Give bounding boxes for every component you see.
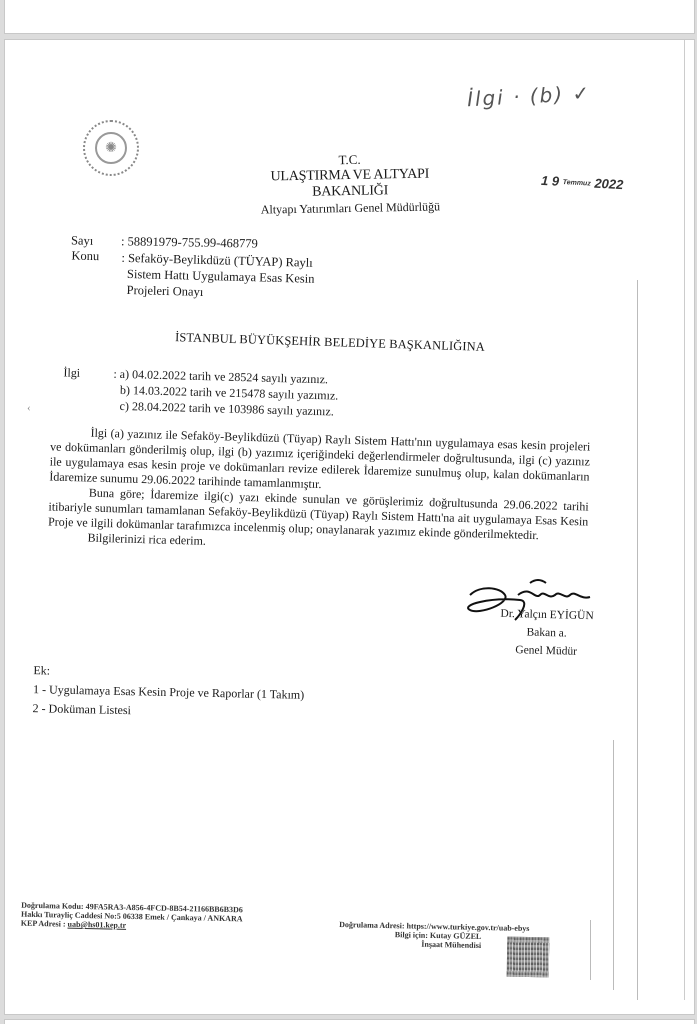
date-stamp: 1 9 Temmuz 2022 <box>541 173 624 192</box>
letter-body: İlgi (a) yazınız ile Sefaköy-Beylikdüzü … <box>47 424 590 559</box>
sayi-value: : 58891979-755.99-468779 <box>121 234 258 250</box>
date-month: Temmuz <box>562 179 590 187</box>
signatory-block: Dr. Yalçın EYİGÜN Bakan a. Genel Müdür <box>499 605 594 661</box>
date-day: 1 9 <box>541 173 560 189</box>
sayi-label: Sayı <box>71 233 121 249</box>
scan-artifact-line <box>590 920 591 980</box>
date-year: 2022 <box>594 176 624 192</box>
signatory-on-behalf: Bakan a. <box>500 623 594 643</box>
scan-artifact-line <box>684 40 685 1000</box>
handwritten-note: İlgi · (b) ✓ <box>466 81 591 111</box>
qr-code-icon <box>507 937 550 978</box>
header-directorate: Altyapı Yatırımları Genel Müdürlüğü <box>235 198 465 218</box>
kep-label: KEP Adresi : <box>21 919 68 929</box>
next-page-edge <box>4 1019 695 1024</box>
attachments-block: Ek: 1 - Uygulamaya Esas Kesin Proje ve R… <box>32 661 304 724</box>
scan-artifact-line <box>613 740 614 990</box>
konu-label: Konu <box>70 248 121 297</box>
konu-row: Konu : Sefaköy-Beylikdüzü (TÜYAP) Raylı … <box>70 248 341 303</box>
ministry-emblem-icon: ✺ <box>83 120 139 176</box>
signatory-title: Genel Müdür <box>499 641 593 661</box>
footer-right: Doğrulama Adresi: https://www.turkiye.go… <box>339 920 530 951</box>
previous-page-edge <box>4 0 695 34</box>
ilgi-label: İlgi <box>62 364 113 413</box>
footer-left: Doğrulama Kodu: 49FA5RA3-A856-4FCD-8B54-… <box>21 901 243 933</box>
emblem-center: ✺ <box>95 132 127 164</box>
letterhead: T.C. ULAŞTIRMA VE ALTYAPI BAKANLIĞI Alty… <box>234 150 465 218</box>
ilgi-block: İlgi : a) 04.02.2022 tarih ve 28524 sayı… <box>62 364 338 419</box>
header-ministry: ULAŞTIRMA VE ALTYAPI BAKANLIĞI <box>235 166 466 202</box>
scan-artifact-line <box>637 280 638 1000</box>
margin-mark: ‹ <box>27 402 31 414</box>
signatory-name: Dr. Yalçın EYİGÜN <box>500 605 594 625</box>
document-page: İlgi · (b) ✓ ✺ T.C. ULAŞTIRMA VE ALTYAPI… <box>4 39 695 1015</box>
addressee: İSTANBUL BÜYÜKŞEHİR BELEDİYE BAŞKANLIĞIN… <box>175 330 485 355</box>
kep-link[interactable]: uab@hs01.kep.tr <box>67 920 126 930</box>
